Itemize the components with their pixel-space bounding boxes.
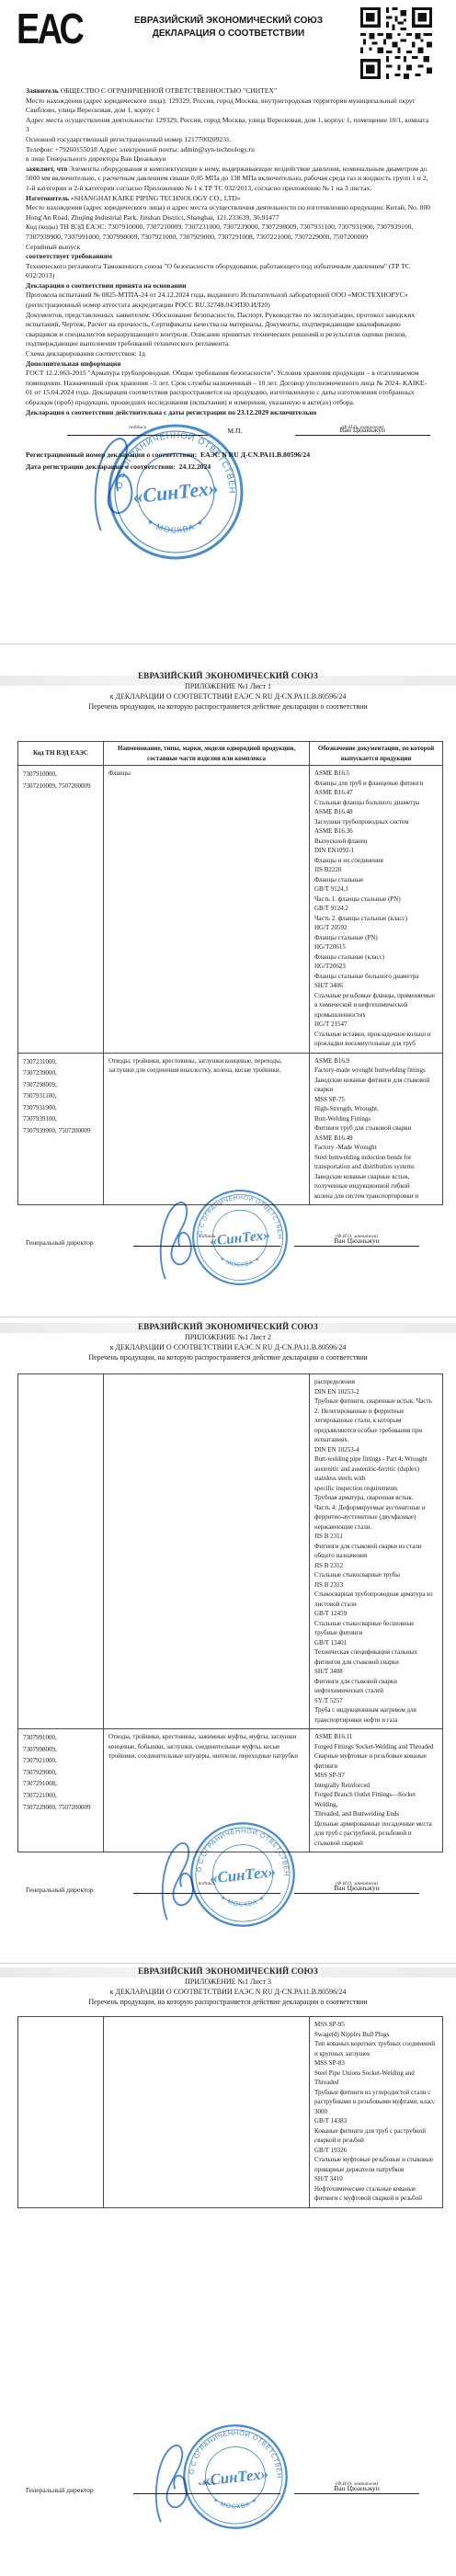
company-stamp: ОБЩЕСТВО С ОГРАНИЧЕННОЙ ОТВЕТСТВЕННОСТЬЮ…: [191, 1189, 289, 1286]
declaration-paragraph: Место нахождения (адрес юридического лиц…: [26, 97, 432, 116]
company-stamp: ОБЩЕСТВО С ОГРАНИЧЕННОЙ ОТВЕТСТВЕННОСТЬЮ…: [107, 423, 245, 561]
declaration-paragraph: Телефон: +79260155018 Адрес электронной …: [26, 145, 432, 155]
appendix-sheet-label: ПРИЛОЖЕНИЕ №1 Лист 2: [0, 1332, 456, 1342]
stamp-city-text: ✦ МОСКВА ✦: [211, 2496, 259, 2511]
page-appendix-1: ЕВРАЗИЙСКИЙ ЭКОНОМИЧЕСКИЙ СОЮЗ ПРИЛОЖЕНИ…: [0, 644, 456, 1316]
applicant-name-label: (Ф.И.О. заявителя): [294, 1234, 419, 1239]
declaration-paragraph: заявляет, что Элементы оборудования и ко…: [26, 165, 432, 194]
svg-text:✦ МОСКВА ✦: ✦ МОСКВА ✦: [218, 1256, 262, 1269]
table-cell-docs: MSS SP-95Swage(d) Nipples Bull PlugsТип …: [310, 2017, 442, 2207]
stamp-city-text: ✦ МОСКВА ✦: [145, 517, 207, 535]
table-cell-codes: 7307231000,7307239000,7307298009,7307931…: [18, 1054, 104, 1205]
applicant-name-label: (Ф.И.О. заявителя): [295, 425, 430, 430]
appendix-subtitle: Перечень продукции, на которую распростр…: [0, 1997, 456, 2007]
page-appendix-2: ЕВРАЗИЙСКИЙ ЭКОНОМИЧЕСКИЙ СОЮЗ ПРИЛОЖЕНИ…: [0, 1316, 456, 1963]
applicant-name-line: Ван Цюаньжун (Ф.И.О. заявителя): [294, 1880, 419, 1894]
applicant-name-line: Ван Цюаньжун (Ф.И.О. заявителя): [295, 424, 430, 436]
table-header-codes: Код ТН ВЭД ЕАЭС: [18, 742, 104, 766]
stamp-center-text: «СинТех»: [209, 1863, 277, 1886]
svg-text:✦ МОСКВА ✦: ✦ МОСКВА ✦: [211, 2496, 259, 2511]
table-cell-docs: ASME B16.5Фланцы для труб и фланцевые фи…: [310, 766, 442, 1054]
table-cell-name: Отводы, тройники, крестовины, заглушки к…: [104, 1054, 310, 1205]
declaration-paragraph: Декларация о соответствии принята на осн…: [26, 281, 432, 291]
table-cell-codes: 7307991000,7307998009,7307921000,7307929…: [18, 1729, 104, 1852]
product-table: MSS SP-95Swage(d) Nipples Bull PlugsТип …: [17, 2016, 443, 2208]
stamp-center-text: «СинТех»: [201, 2465, 269, 2489]
eac-logo: ЕАС: [17, 7, 82, 50]
table-cell-codes: [18, 1374, 104, 1729]
svg-text:✦ МОСКВА ✦: ✦ МОСКВА ✦: [145, 517, 207, 535]
appendix-subtitle: Перечень продукции, на которую распростр…: [0, 1352, 456, 1362]
table-cell-codes: 7307910000,7307210009, 7507200009: [18, 766, 104, 1054]
declaration-document: ЕАС ЕВРАЗИЙСКИЙ ЭКОНОМИЧЕСКИЙ СОЮЗ ДЕКЛА…: [0, 0, 456, 2576]
page-title: ЕВРАЗИЙСКИЙ ЭКОНОМИЧЕСКИЙ СОЮЗ ДЕКЛАРАЦИ…: [97, 7, 360, 40]
declaration-paragraph: Основной государственный регистрационный…: [26, 135, 432, 145]
applicant-name-label: (Ф.И.О. заявителя): [294, 1881, 419, 1886]
scan-artifact-band: [0, 676, 456, 686]
stamp-city-text: ✦ МОСКВА ✦: [219, 1894, 267, 1909]
declaration-paragraph: ГОСТ 12.2.063-2015 "Арматура трубопровод…: [26, 369, 432, 407]
appendix-declaration-ref: к ДЕКЛАРАЦИИ О СООТВЕТСТВИИ ЕАЭС N RU Д-…: [0, 1987, 456, 1997]
declaration-paragraph: в лице Генерального директора Ван Цюаньж…: [26, 154, 432, 165]
declaration-paragraph: соответствует требованиям: [26, 252, 432, 262]
declaration-paragraph: Технического регламента Таможенного союз…: [26, 262, 432, 281]
applicant-name-label: (Ф.И.О. заявителя): [294, 2481, 419, 2487]
declaration-paragraph: Место нахождения (адрес юридического лиц…: [26, 203, 432, 222]
stamp-city-text: ✦ МОСКВА ✦: [218, 1256, 262, 1269]
svg-text:✦ МОСКВА ✦: ✦ МОСКВА ✦: [219, 1894, 267, 1909]
page-declaration: ЕАС ЕВРАЗИЙСКИЙ ЭКОНОМИЧЕСКИЙ СОЮЗ ДЕКЛА…: [0, 0, 456, 644]
appendix-declaration-ref: к ДЕКЛАРАЦИИ О СООТВЕТСТВИИ ЕАЭС N RU Д-…: [0, 1342, 456, 1352]
declaration-body: Заявитель ОБЩЕСТВО С ОГРАНИЧЕННОЙ ОТВЕТС…: [26, 86, 432, 417]
table-cell-name: Фланцы: [104, 766, 310, 1054]
table-cell-name: [104, 1374, 310, 1729]
product-table: Код ТН ВЭД ЕАЭС Наименование, типы, марк…: [17, 741, 443, 1205]
scan-artifact-band: [0, 1323, 456, 1333]
declaration-paragraph: Дополнительная информация: [26, 359, 432, 370]
product-table: распределенияDIN EN 10253-2Трубные фитин…: [17, 1373, 443, 1852]
table-cell-codes: [18, 2017, 104, 2207]
signer-role: Генеральный директор: [26, 1886, 94, 1894]
stamp-center-text: «СинТех»: [209, 1227, 270, 1249]
stamp-center-text: «СинТех»: [131, 477, 219, 508]
declaration-paragraph: Серийный выпуск: [26, 243, 432, 253]
title-union: ЕВРАЗИЙСКИЙ ЭКОНОМИЧЕСКИЙ СОЮЗ: [97, 15, 360, 28]
company-stamp: ОБЩЕСТВО С ОГРАНИЧЕННОЙ ОТВЕТСТВЕННОСТЬЮ…: [182, 2423, 289, 2530]
signer-role: Генеральный директор: [26, 1238, 94, 1247]
applicant-name-line: Ван Цюаньжун (Ф.И.О. заявителя): [294, 2480, 419, 2494]
signer-role: Генеральный директор: [26, 2486, 94, 2494]
company-stamp: ОБЩЕСТВО С ОГРАНИЧЕННОЙ ОТВЕТСТВЕННОСТЬЮ…: [189, 1821, 296, 1928]
appendix-declaration-ref: к ДЕКЛАРАЦИИ О СООТВЕТСТВИИ ЕАЭС N RU Д-…: [0, 691, 456, 701]
table-cell-docs: распределенияDIN EN 10253-2Трубные фитин…: [310, 1374, 442, 1729]
declaration-paragraph: Схема декларирования соответствия: 1д: [26, 349, 432, 359]
scan-artifact-band: [0, 1967, 456, 1978]
declaration-paragraph: Изготовитель «SHANGHAI KAIKE PIPING TECH…: [26, 194, 432, 204]
qr-code-icon: [360, 7, 432, 79]
title-doc-type: ДЕКЛАРАЦИЯ О СООТВЕТСТВИИ: [97, 28, 360, 40]
table-header-name: Наименование, типы, марки, модели одноро…: [104, 742, 310, 766]
declaration-paragraph: Декларация о соответствии действительна …: [26, 408, 432, 418]
table-cell-name: [104, 2017, 310, 2207]
table-cell-docs: ASME B16.11Forged Fittings Socket-Weldin…: [310, 1729, 442, 1852]
appendix-sheet-label: ПРИЛОЖЕНИЕ №1 Лист 3: [0, 1977, 456, 1987]
declaration-paragraph: Протокола испытаний № 0825-МТПА-24 от 24…: [26, 291, 432, 310]
applicant-name-line: Ван Цюаньжун (Ф.И.О. заявителя): [294, 1233, 419, 1247]
declaration-paragraph: Документов, представленных заявителем: О…: [26, 311, 432, 349]
table-header-docs: Обозначение документации, по которой вып…: [310, 742, 442, 766]
page-header: ЕАС ЕВРАЗИЙСКИЙ ЭКОНОМИЧЕСКИЙ СОЮЗ ДЕКЛА…: [0, 0, 456, 79]
page-appendix-3: ЕВРАЗИЙСКИЙ ЭКОНОМИЧЕСКИЙ СОЮЗ ПРИЛОЖЕНИ…: [0, 1963, 456, 2576]
declaration-paragraph: Адрес места осуществления деятельности: …: [26, 116, 432, 135]
appendix-subtitle: Перечень продукции, на которую распростр…: [0, 701, 456, 712]
declaration-paragraph: Заявитель ОБЩЕСТВО С ОГРАНИЧЕННОЙ ОТВЕТС…: [26, 86, 432, 97]
declaration-paragraph: Код (коды) ТН ВЭД ЕАЭС: 7307910000, 7307…: [26, 222, 432, 242]
table-cell-docs: ASME B16.9Factory-made wrought buttweldi…: [310, 1054, 442, 1205]
